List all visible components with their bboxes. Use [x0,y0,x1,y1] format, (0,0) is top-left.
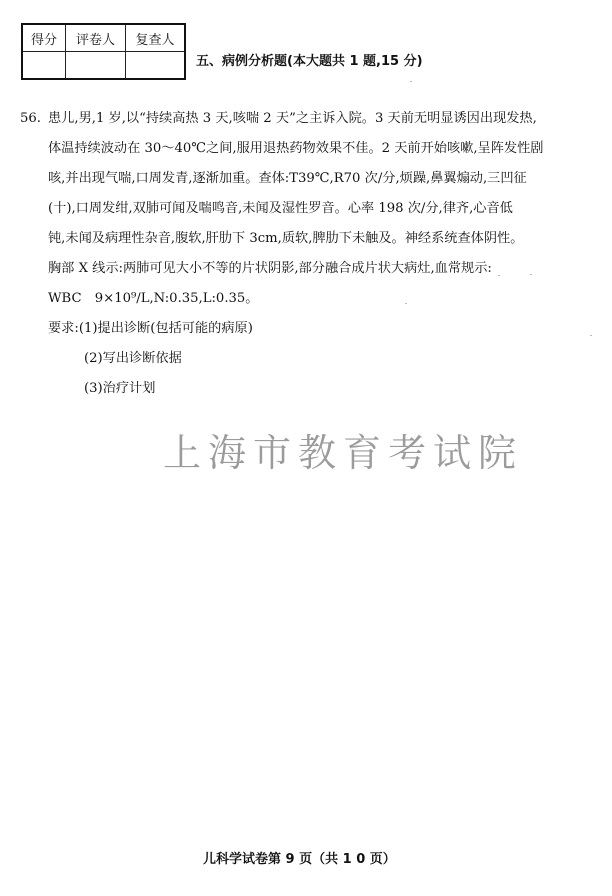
question-text: 患儿,男,1 岁,以“持续高热 3 天,咳喘 2 天”之主诉入院。3 天前无明显… [48,111,537,126]
scan-speck [410,81,412,82]
question-line-1: 56.患儿,男,1 岁,以“持续高热 3 天,咳喘 2 天”之主诉入院。3 天前… [20,104,600,134]
question-56: 56.患儿,男,1 岁,以“持续高热 3 天,咳喘 2 天”之主诉入院。3 天前… [20,104,600,404]
page-footer: 儿科学试卷第 9 页（共 1 0 页） [203,848,396,867]
section-title: 五、病例分析题(本大题共 1 题,15 分) [196,50,423,69]
requirement-1: 要求:(1)提出诊断(包括可能的病原) [20,314,600,344]
grader-header: 评卷人 [66,24,126,52]
requirement-2: (2)写出诊断依据 [20,344,600,374]
scan-speck [405,303,407,304]
requirements-label: 要求: [48,321,79,336]
score-table-value-row [22,52,185,80]
watermark: 上海市教育考试院 [163,422,523,477]
question-number: 56. [20,104,48,134]
reviewer-value-cell[interactable] [126,52,186,80]
question-line-2: 体温持续波动在 30～40℃之间,服用退热药物效果不佳。2 天前开始咳嗽,呈阵发… [20,134,600,164]
question-line-5: 钝,未闻及病理性杂音,腹软,肝肋下 3cm,质软,脾肋下未触及。神经系统查体阴性… [20,224,600,254]
grader-value-cell[interactable] [66,52,126,80]
scan-speck [498,275,500,276]
scan-speck [530,274,532,275]
requirement-text: (1)提出诊断(包括可能的病原) [79,321,253,336]
score-value-cell[interactable] [22,52,66,80]
score-header: 得分 [22,24,66,52]
requirement-3: (3)治疗计划 [20,374,600,404]
scan-speck [590,335,592,336]
score-table-header-row: 得分 评卷人 复查人 [22,24,185,52]
score-table: 得分 评卷人 复查人 [21,23,186,80]
question-line-4: (十),口周发绀,双肺可闻及喘鸣音,未闻及湿性罗音。心率 198 次/分,律齐,… [20,194,600,224]
question-line-3: 咳,并出现气喘,口周发青,逐渐加重。查体:T39℃,R70 次/分,烦躁,鼻翼煽… [20,164,600,194]
question-line-7: WBC 9×10⁹/L,N:0.35,L:0.35。 [20,284,600,314]
reviewer-header: 复查人 [126,24,186,52]
question-line-6: 胸部 X 线示:两肺可见大小不等的片状阴影,部分融合成片状大病灶,血常规示: [20,254,600,284]
